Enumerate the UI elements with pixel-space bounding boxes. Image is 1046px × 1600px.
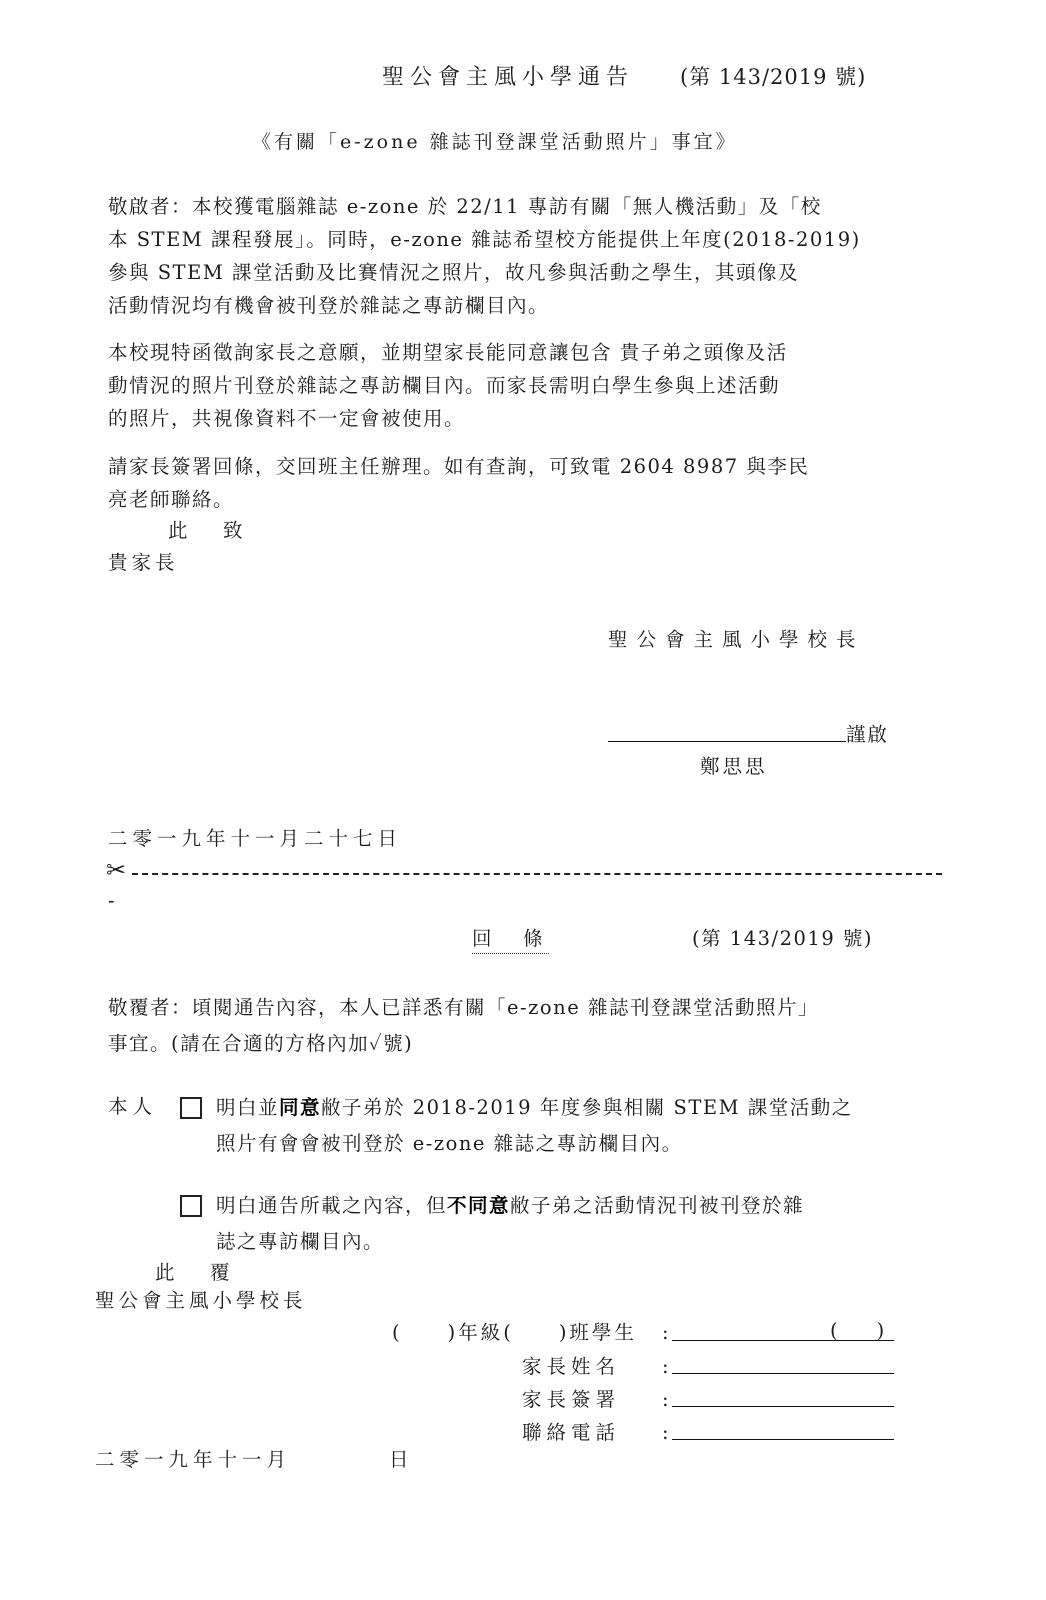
disagree-checkbox[interactable] (180, 1195, 202, 1217)
parent-signature-label: 家長簽署 (522, 1383, 620, 1416)
text-line: 參與 STEM 課堂活動及比賽情況之照片，故凡參與活動之學生，其頭像及 (108, 256, 861, 289)
option-agree-line2: 照片有會會被刊登於 e-zone 雜誌之專訪欄目內。 (216, 1126, 853, 1162)
parent-name-label: 家長姓名 (522, 1350, 620, 1383)
notice-title: 聖公會主風小學通告 (382, 60, 634, 91)
text-line: 敬啟者：本校獲電腦雜誌 e-zone 於 22/11 專訪有關「無人機活動」及「… (108, 190, 861, 223)
parent-signature-field[interactable] (672, 1406, 894, 1407)
notice-subject: 《有關「e-zone 雜誌刊登課堂活動照片」事宜》 (252, 127, 738, 154)
addressee: 貴家長 (108, 546, 179, 579)
option-agree-post: 敝子弟於 2018-2019 年度參與相關 STEM 課堂活動之 (321, 1096, 853, 1119)
parent-name-field[interactable] (672, 1373, 894, 1374)
reply-slip-title: 回 條 (472, 925, 549, 954)
reply-addressee: 聖公會主風小學校長 (95, 1284, 307, 1317)
text-line: 事宜。(請在合適的方格內加✓號) (108, 1026, 819, 1062)
cut-line (132, 873, 942, 875)
cut-line-trailing-dash: - (108, 884, 116, 917)
agree-checkbox[interactable] (180, 1097, 202, 1119)
reply-date: 二零一九年十一月 日 (95, 1443, 414, 1476)
option-agree-pre: 明白並 (216, 1096, 279, 1119)
colon: : (662, 1383, 670, 1416)
option-disagree: 明白通告所載之內容，但不同意敝子弟之活動情況刊被刊登於雜 誌之專訪欄目內。 (216, 1188, 804, 1260)
option-disagree-line2: 誌之專訪欄目內。 (216, 1224, 804, 1260)
reply-intro: 敬覆者：頃閱通告內容，本人已詳悉有關「e-zone 雜誌刊登課堂活動照片」 事宜… (108, 990, 819, 1062)
text-line: 亮老師聯絡。 (108, 483, 809, 516)
colon: : (662, 1350, 670, 1383)
text-line: 本校現特函徵詢家長之意願，並期望家長能同意讓包含 貴子弟之頭像及活 (108, 336, 788, 369)
self-label: 本人 (108, 1090, 157, 1123)
reply-notice-number: (第 143/2019 號) (692, 925, 873, 953)
scissors-icon: ✂ (106, 856, 126, 884)
option-disagree-pre: 明白通告所載之內容，但 (216, 1194, 447, 1217)
notice-date: 二零一九年十一月二十七日 (108, 822, 402, 855)
text-line: 敬覆者：頃閱通告內容，本人已詳悉有關「e-zone 雜誌刊登課堂活動照片」 (108, 990, 819, 1026)
respectfully-label: 謹啟 (846, 718, 889, 751)
option-disagree-post: 敝子弟之活動情況刊被刊登於雜 (510, 1194, 804, 1217)
body-paragraph-2: 本校現特函徵詢家長之意願，並期望家長能同意讓包含 貴子弟之頭像及活 動情況的照片… (108, 336, 788, 435)
option-agree: 明白並同意敝子弟於 2018-2019 年度參與相關 STEM 課堂活動之 照片… (216, 1090, 853, 1162)
text-line: 請家長簽署回條，交回班主任辦理。如有查詢，可致電 2604 8987 與李民 (108, 450, 809, 483)
body-paragraph-3: 請家長簽署回條，交回班主任辦理。如有查詢，可致電 2604 8987 與李民 亮… (108, 450, 809, 516)
text-line: 動情況的照片刊登於雜誌之專訪欄目內。而家長需明白學生參與上述活動 (108, 369, 788, 402)
notice-number: (第 143/2019 號) (680, 61, 866, 91)
signatory-org: 聖公會主風小學校長 (608, 623, 865, 656)
student-number-paren: ( ) (830, 1314, 884, 1347)
body-paragraph-1: 敬啟者：本校獲電腦雜誌 e-zone 於 22/11 專訪有關「無人機活動」及「… (108, 190, 861, 322)
signatory-name: 鄭思思 (700, 750, 768, 783)
text-line: 本 STEM 課程發展」。同時，e-zone 雜誌希望校方能提供上年度(2018… (108, 223, 861, 256)
text-line: 的照片，共視像資料不一定會被使用。 (108, 402, 788, 435)
colon: : (662, 1316, 670, 1349)
text-line: 活動情況均有機會被刊登於雜誌之專訪欄目內。 (108, 289, 861, 322)
closing-salutation: 此 致 (168, 514, 251, 547)
phone-field[interactable] (672, 1439, 894, 1440)
student-class-label: ( )年級( )班學生 (392, 1316, 637, 1349)
colon: : (662, 1416, 670, 1449)
option-disagree-bold: 不同意 (447, 1194, 510, 1217)
option-agree-bold: 同意 (279, 1096, 321, 1119)
signature-line (608, 741, 846, 742)
phone-label: 聯絡電話 (522, 1416, 620, 1449)
